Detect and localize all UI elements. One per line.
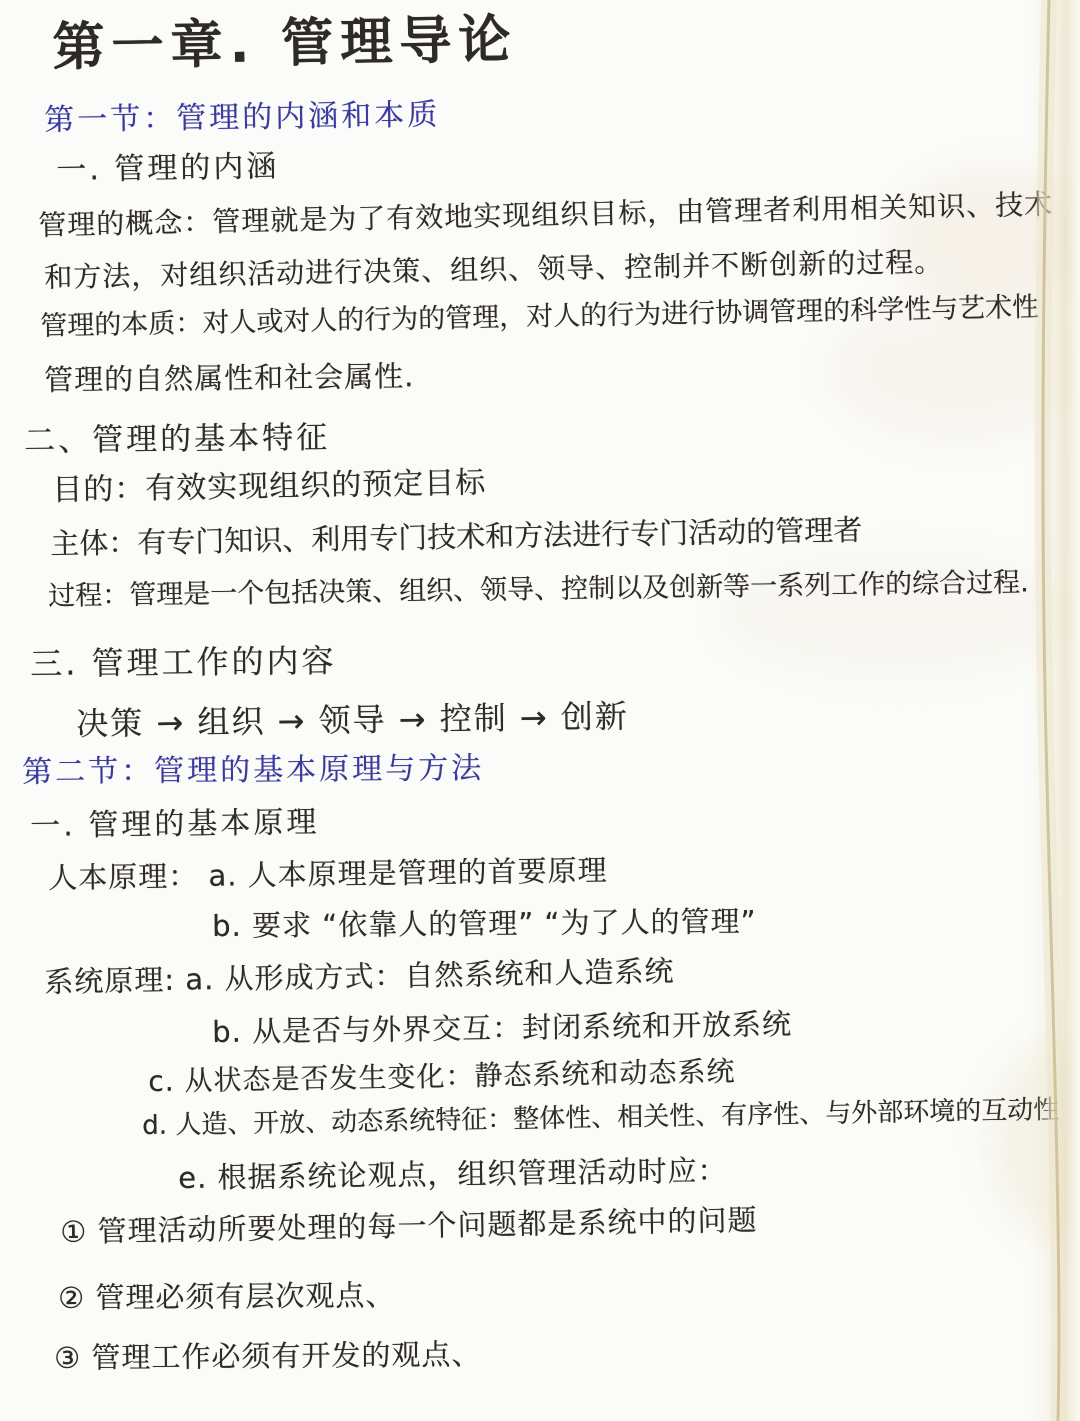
system-principle-b: b. 从是否与外界交互：封闭系统和开放系统	[212, 1006, 792, 1050]
essence-line-1: 管理的本质：对人或对人的行为的管理，对人的行为进行协调管理的科学性与艺术性	[40, 291, 1039, 344]
feature-subject: 主体：有专门知识、利用专门技术和方法进行专门活动的管理者	[50, 512, 863, 562]
heading-connotation: 一. 管理的内涵	[56, 148, 280, 189]
notebook-page: 第一章. 管理导论 第一节：管理的内涵和本质 一. 管理的内涵 管理的概念：管理…	[0, 0, 1080, 1421]
system-point-2: ② 管理必须有层次观点、	[58, 1277, 396, 1316]
system-principle-e: e. 根据系统论观点，组织管理活动时应：	[178, 1152, 728, 1196]
people-principle-b: b. 要求 “依靠人的管理” “为了人的管理”	[212, 903, 757, 944]
section-2-heading: 第二节：管理的基本原理与方法	[22, 750, 484, 792]
system-principle-c: c. 从状态是否发生变化：静态系统和动态系统	[148, 1054, 736, 1099]
section-1-heading: 第一节：管理的内涵和本质	[44, 96, 440, 139]
heading-basic-principles: 一. 管理的基本原理	[30, 804, 320, 846]
heading-work-content: 三. 管理工作的内容	[30, 641, 337, 684]
essence-line-2: 管理的自然属性和社会属性.	[44, 358, 415, 398]
people-principle-a: 人本原理： a. 人本原理是管理的首要原理	[48, 852, 608, 896]
system-principle-d: d. 人造、开放、动态系统特征：整体性、相关性、有序性、与外部环境的互动性	[142, 1094, 1059, 1142]
concept-line-2: 和方法，对组织活动进行决策、组织、领导、控制并不断创新的过程。	[44, 244, 943, 295]
feature-process: 过程：管理是一个包括决策、组织、领导、控制以及创新等一系列工作的综合过程.	[48, 566, 1029, 613]
management-flow: 决策 → 组织 → 领导 → 控制 → 创新	[76, 696, 629, 744]
chapter-title: 第一章. 管理导论	[52, 8, 518, 81]
system-point-1: ① 管理活动所要处理的每一个问题都是系统中的问题	[60, 1202, 758, 1250]
concept-line-1: 管理的概念：管理就是为了有效地实现组织目标，由管理者利用相关知识、技术	[38, 187, 1054, 243]
system-point-3: ③ 管理工作必须有开发的观点、	[54, 1336, 482, 1376]
scan-shading-lower-right	[990, 1040, 1080, 1240]
system-principle-a: 系统原理: a. 从形成方式：自然系统和人造系统	[44, 953, 675, 1000]
feature-purpose: 目的：有效实现组织的预定目标	[52, 464, 487, 509]
heading-basic-features: 二、管理的基本特征	[24, 419, 330, 461]
